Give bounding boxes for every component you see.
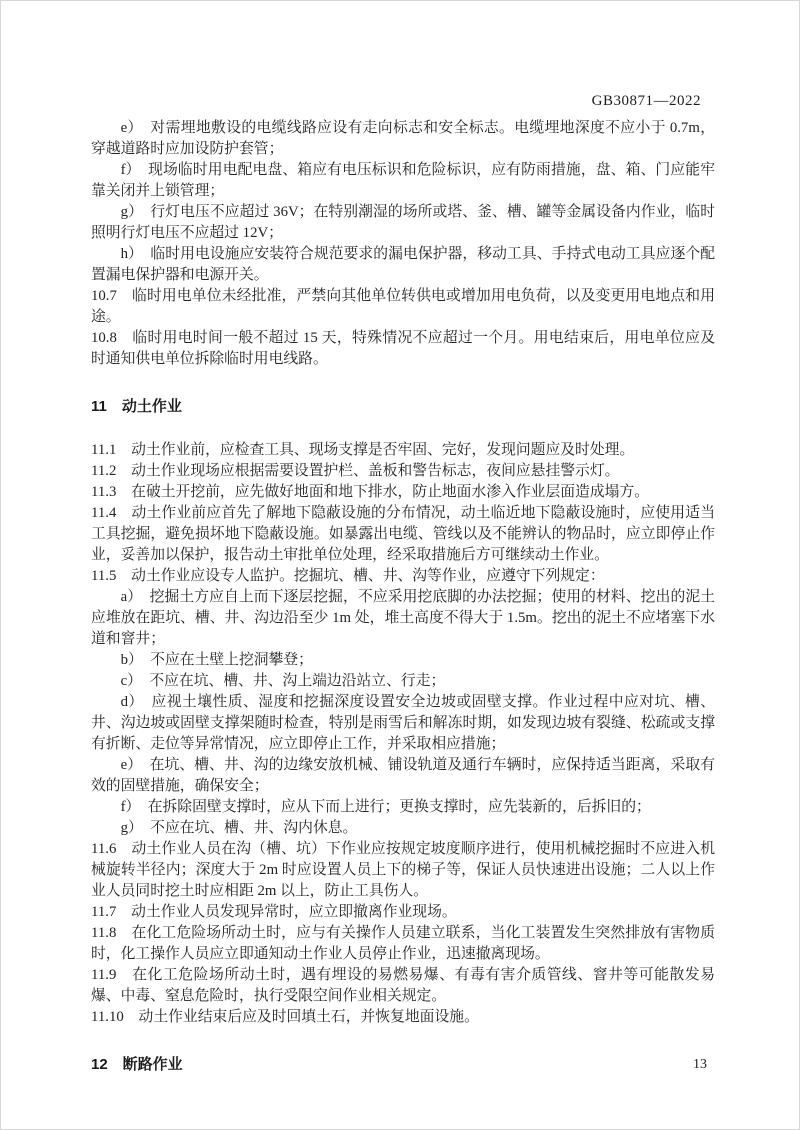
paragraph: 11.2 动土作业现场应根据需要设置护栏、盖板和警告标志，夜间应悬挂警示灯。 xyxy=(91,461,715,482)
paragraph: a） 挖掘土方应自上而下逐层挖掘，不应采用挖底脚的办法挖掘；使用的材料、挖出的泥… xyxy=(91,587,715,650)
paragraph: 11.1 动土作业前，应检查工具、现场支撑是否牢固、完好，发现问题应及时处理。 xyxy=(91,440,715,461)
paragraph: 11.3 在破土开挖前，应先做好地面和地下排水，防止地面水渗入作业层面造成塌方。 xyxy=(91,482,715,503)
paragraph: 11.8 在化工危险场所动土时，应与有关操作人员建立联系，当化工装置发生突然排放… xyxy=(91,923,715,965)
paragraph: h） 临时用电设施应安装符合规范要求的漏电保护器，移动工具、手持式电动工具应逐个… xyxy=(91,244,715,286)
paragraph: g） 行灯电压不应超过 36V；在特别潮湿的场所或塔、釜、槽、罐等金属设备内作业… xyxy=(91,202,715,244)
paragraph: e） 对需埋地敷设的电缆线路应设有走向标志和安全标志。电缆埋地深度不应小于 0.… xyxy=(91,118,715,160)
page-number: 13 xyxy=(91,1057,707,1073)
paragraph: c） 不应在坑、槽、井、沟上端边沿站立、行走； xyxy=(91,671,715,692)
paragraph: 11.4 动土作业前应首先了解地下隐蔽设施的分布情况，动土临近地下隐蔽设施时，应… xyxy=(91,503,715,566)
standard-number-header: GB30871—2022 xyxy=(91,93,701,110)
document-body: e） 对需埋地敷设的电缆线路应设有走向标志和安全标志。电缆埋地深度不应小于 0.… xyxy=(91,118,715,1098)
paragraph: 10.8 临时用电时间一般不超过 15 天，特殊情况不应超过一个月。用电结束后，… xyxy=(91,328,715,370)
paragraph: 11.5 动土作业应设专人监护。挖掘坑、槽、井、沟等作业，应遵守下列规定： xyxy=(91,566,715,587)
paragraph: f） 现场临时用电配电盘、箱应有电压标识和危险标识，应有防雨措施，盘、箱、门应能… xyxy=(91,160,715,202)
section-heading: 11 动土作业 xyxy=(91,396,715,417)
paragraph: e） 在坑、槽、井、沟的边缘安放机械、铺设轨道及通行车辆时，应保持适当距离，采取… xyxy=(91,755,715,797)
paragraph: 11.9 在化工危险场所动土时，遇有埋设的易燃易爆、有毒有害介质管线、窨井等可能… xyxy=(91,965,715,1007)
paragraph: 11.6 动土作业人员在沟（槽、坑）下作业应按规定坡度顺序进行，使用机械挖掘时不… xyxy=(91,839,715,902)
paragraph: b） 不应在土壁上挖洞攀登； xyxy=(91,650,715,671)
paragraph: 10.7 临时用电单位未经批准，严禁向其他单位转供电或增加用电负荷，以及变更用电… xyxy=(91,286,715,328)
paragraph: f） 在拆除固壁支撑时，应从下而上进行；更换支撑时，应先装新的，后拆旧的； xyxy=(91,797,715,818)
document-page: GB30871—2022 e） 对需埋地敷设的电缆线路应设有走向标志和安全标志。… xyxy=(0,0,800,1130)
paragraph: 11.10 动土作业结束后应及时回填土石，并恢复地面设施。 xyxy=(91,1007,715,1028)
paragraph: d） 应视土壤性质、湿度和挖掘深度设置安全边坡或固壁支撑。作业过程中应对坑、槽、… xyxy=(91,692,715,755)
paragraph: g） 不应在坑、槽、井、沟内休息。 xyxy=(91,818,715,839)
paragraph: 11.7 动土作业人员发现异常时，应立即撤离作业现场。 xyxy=(91,902,715,923)
